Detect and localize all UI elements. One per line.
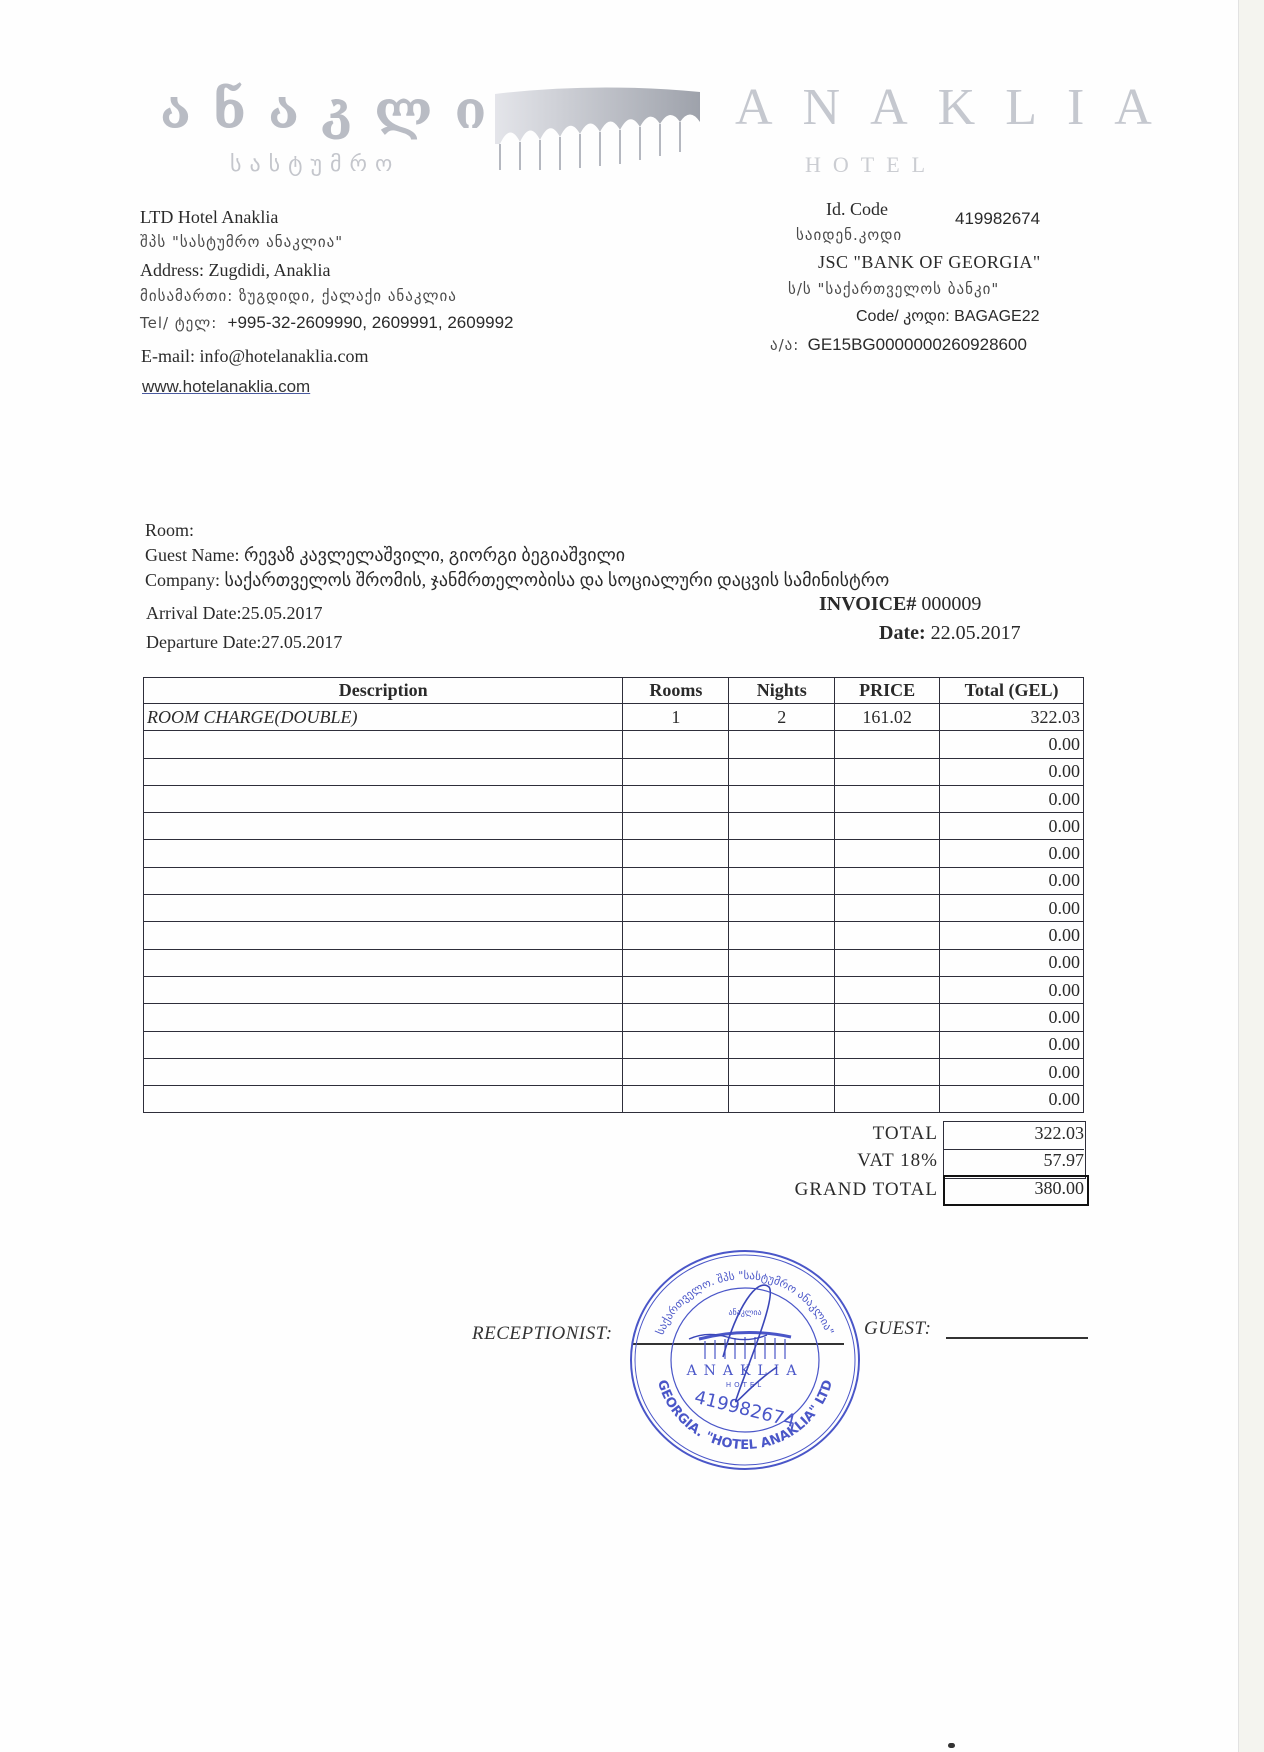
colonnade-icon	[495, 82, 700, 172]
table-row: 0.00	[144, 949, 1084, 976]
cell-total: 0.00	[940, 867, 1084, 894]
account-number: GE15BG0000000260928600	[808, 335, 1027, 354]
cell-price	[835, 867, 940, 894]
cell-rooms	[623, 840, 729, 867]
cell-nights	[729, 949, 835, 976]
cell-price	[835, 976, 940, 1003]
cell-total: 0.00	[940, 949, 1084, 976]
cell-nights	[729, 785, 835, 812]
cell-price	[835, 840, 940, 867]
hotel-address-en: Address: Zugdidi, Anaklia	[140, 260, 330, 281]
cell-rooms	[623, 922, 729, 949]
cell-total: 0.00	[940, 785, 1084, 812]
table-row: 0.00	[144, 922, 1084, 949]
cell-rooms	[623, 1004, 729, 1031]
vat-label: VAT 18%	[738, 1150, 938, 1172]
cell-total: 0.00	[940, 731, 1084, 758]
logo-english-name: ANAKLIA	[735, 78, 1182, 137]
table-row: 0.00	[144, 758, 1084, 785]
cell-price	[835, 1004, 940, 1031]
invoice-number-label: INVOICE#	[819, 593, 916, 615]
cell-price	[835, 785, 940, 812]
logo-georgian-sub: სასტუმრო	[230, 152, 400, 177]
cell-price	[835, 1031, 940, 1058]
cell-total: 0.00	[940, 895, 1084, 922]
phone-numbers: +995-32-2609990, 2609991, 2609992	[228, 313, 514, 332]
table-row: 0.00	[144, 976, 1084, 1003]
col-rooms: Rooms	[623, 678, 729, 704]
id-code-label-ka: საიდენ.კოდი	[796, 226, 902, 244]
cell-description	[144, 922, 623, 949]
cell-rooms	[623, 1086, 729, 1113]
cell-nights	[729, 840, 835, 867]
logo-english-sub: HOTEL	[805, 152, 937, 178]
cell-description	[144, 813, 623, 840]
table-row: ROOM CHARGE(DOUBLE)12161.02322.03	[144, 704, 1084, 731]
cell-total: 0.00	[940, 840, 1084, 867]
hotel-name-ka: შპს "სასტუმრო ანაკლია"	[140, 233, 343, 251]
cell-rooms	[623, 758, 729, 785]
table-row: 0.00	[144, 895, 1084, 922]
departure-date: Departure Date:27.05.2017	[146, 632, 342, 653]
grand-total-label: GRAND TOTAL	[738, 1179, 938, 1201]
vat-value: 57.97	[943, 1150, 1084, 1171]
cell-rooms	[623, 867, 729, 894]
bank-swift-code: Code/ კოდი: BAGAGE22	[856, 306, 1040, 326]
guest-label: GUEST:	[864, 1318, 931, 1340]
cell-total: 0.00	[940, 1086, 1084, 1113]
table-row: 0.00	[144, 840, 1084, 867]
cell-rooms	[623, 1031, 729, 1058]
phone-label: Tel/ ტელ:	[140, 314, 217, 332]
cell-description	[144, 731, 623, 758]
cell-total: 0.00	[940, 1031, 1084, 1058]
scan-speck	[948, 1743, 955, 1748]
room-label: Room:	[145, 520, 194, 541]
cell-total: 0.00	[940, 976, 1084, 1003]
table-row: 0.00	[144, 1058, 1084, 1085]
cell-price	[835, 731, 940, 758]
cell-total: 0.00	[940, 1058, 1084, 1085]
hotel-email[interactable]: E-mail: info@hotelanaklia.com	[141, 346, 369, 367]
col-description: Description	[144, 678, 623, 704]
table-row: 0.00	[144, 867, 1084, 894]
total-value: 322.03	[943, 1123, 1084, 1144]
cell-rooms	[623, 785, 729, 812]
table-row: 0.00	[144, 785, 1084, 812]
cell-total: 0.00	[940, 922, 1084, 949]
cell-description	[144, 758, 623, 785]
id-code-label: Id. Code	[826, 199, 888, 220]
invoice-date-value: 22.05.2017	[931, 622, 1021, 644]
table-header-row: Description Rooms Nights PRICE Total (GE…	[144, 678, 1084, 704]
cell-description: ROOM CHARGE(DOUBLE)	[144, 704, 623, 731]
cell-description	[144, 867, 623, 894]
guest-signature-line[interactable]	[946, 1337, 1088, 1339]
total-label: TOTAL	[738, 1123, 938, 1145]
cell-nights	[729, 1058, 835, 1085]
cell-nights: 2	[729, 704, 835, 731]
cell-nights	[729, 731, 835, 758]
cell-price	[835, 895, 940, 922]
cell-rooms	[623, 1058, 729, 1085]
cell-rooms	[623, 731, 729, 758]
cell-rooms	[623, 949, 729, 976]
cell-price	[835, 949, 940, 976]
cell-description	[144, 1031, 623, 1058]
cell-description	[144, 1004, 623, 1031]
cell-description	[144, 1086, 623, 1113]
hotel-address-ka: მისამართი: ზუგდიდი, ქალაქი ანაკლია	[140, 287, 457, 305]
hotel-name-en: LTD Hotel Anaklia	[140, 207, 278, 228]
stamp-center-sub-ka: ანაკლია	[728, 1307, 761, 1317]
table-row: 0.00	[144, 731, 1084, 758]
invoice-date-label: Date:	[879, 622, 926, 644]
id-code-value: 419982674	[955, 209, 1040, 229]
cell-total: 0.00	[940, 758, 1084, 785]
cell-rooms	[623, 895, 729, 922]
table-row: 0.00	[144, 1004, 1084, 1031]
col-price: PRICE	[835, 678, 940, 704]
hotel-website-link[interactable]: www.hotelanaklia.com	[142, 377, 310, 397]
invoice-number: INVOICE# 000009	[819, 593, 981, 616]
cell-nights	[729, 758, 835, 785]
cell-rooms	[623, 976, 729, 1003]
scan-page-edge	[1238, 0, 1264, 1752]
cell-price: 161.02	[835, 704, 940, 731]
cell-nights	[729, 1004, 835, 1031]
hotel-logo: ანაკლია სასტუმრო ANAKLIA HOTEL	[150, 70, 1040, 185]
cell-description	[144, 840, 623, 867]
cell-nights	[729, 1086, 835, 1113]
company-name: Company: საქართველოს შრომის, ჯანმრთელობი…	[145, 570, 889, 591]
cell-nights	[729, 895, 835, 922]
cell-price	[835, 922, 940, 949]
cell-description	[144, 976, 623, 1003]
receptionist-label: RECEPTIONIST:	[472, 1323, 613, 1345]
cell-rooms: 1	[623, 704, 729, 731]
cell-nights	[729, 867, 835, 894]
cell-nights	[729, 976, 835, 1003]
cell-price	[835, 1058, 940, 1085]
stamp-colonnade-icon	[699, 1332, 791, 1359]
cell-description	[144, 785, 623, 812]
bank-name-en: JSC "BANK OF GEORGIA"	[818, 252, 1041, 273]
arrival-date: Arrival Date:25.05.2017	[146, 603, 322, 624]
grand-total-value: 380.00	[943, 1178, 1084, 1199]
cell-description	[144, 1058, 623, 1085]
bank-account: ა/ა: GE15BG0000000260928600	[770, 335, 1027, 355]
hotel-phone: Tel/ ტელ: +995-32-2609990, 2609991, 2609…	[140, 313, 514, 333]
table-row: 0.00	[144, 813, 1084, 840]
company-stamp: საქართველო. შპს "სასტუმრო ანაკლია" GEORG…	[627, 1247, 863, 1473]
col-total: Total (GEL)	[940, 678, 1084, 704]
cell-description	[144, 895, 623, 922]
col-nights: Nights	[729, 678, 835, 704]
table-row: 0.00	[144, 1031, 1084, 1058]
cell-description	[144, 949, 623, 976]
cell-nights	[729, 813, 835, 840]
cell-total: 0.00	[940, 1004, 1084, 1031]
guest-name: Guest Name: რევაზ კავლელაშვილი, გიორგი ბ…	[145, 545, 625, 566]
cell-total: 322.03	[940, 704, 1084, 731]
cell-rooms	[623, 813, 729, 840]
cell-price	[835, 813, 940, 840]
bank-name-ka: ს/ს "საქართველოს ბანკი"	[788, 280, 999, 298]
invoice-number-value: 000009	[921, 593, 981, 615]
cell-nights	[729, 922, 835, 949]
table-row: 0.00	[144, 1086, 1084, 1113]
line-items-table: Description Rooms Nights PRICE Total (GE…	[143, 677, 1084, 1113]
cell-total: 0.00	[940, 813, 1084, 840]
cell-price	[835, 1086, 940, 1113]
account-label: ა/ა:	[770, 336, 799, 354]
cell-nights	[729, 1031, 835, 1058]
invoice-date: Date: 22.05.2017	[879, 622, 1021, 645]
cell-price	[835, 758, 940, 785]
